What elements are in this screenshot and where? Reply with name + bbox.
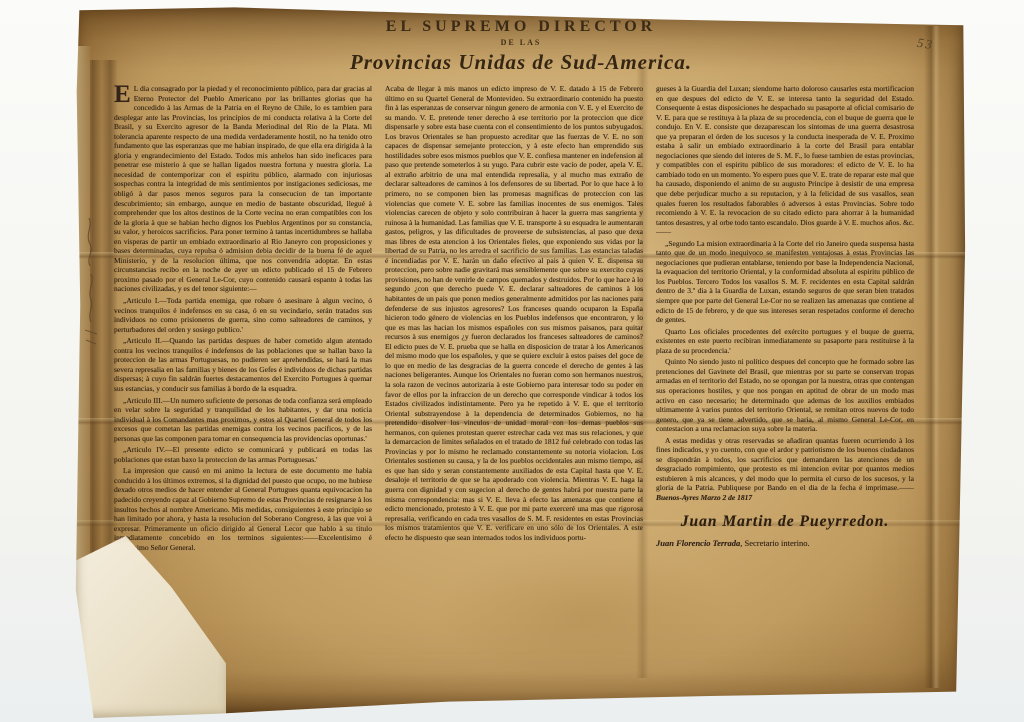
column-3: gueses à la Guardia del Luxan; siendome …: [656, 84, 914, 662]
masthead-title: EL SUPREMO DIRECTOR: [114, 18, 928, 36]
text-columns: EL dia consagrado por la piedad y el rec…: [114, 84, 928, 662]
signature-block: Juan Martin de Pueyrredon. Juan Florenci…: [656, 517, 914, 549]
secretary-name: Juan Florencio Terrada: [656, 538, 740, 548]
paragraph-letter-to-lecor: Acaba de llegar à mis manos un edicto im…: [385, 84, 643, 542]
secretary-role: , Secretario interino.: [740, 538, 809, 548]
paragraph-letter-continuation: gueses à la Guardia del Luxan; siendome …: [656, 84, 914, 237]
scan-backdrop: 53 EL SUPREMO DIRECTOR DE LAS Provincias…: [0, 0, 1024, 722]
paragraph-quinto: Quinto No siendo justo ni político despu…: [656, 357, 914, 433]
paragraph-articulo-3: „Articulo III.—Un numero suficiente de p…: [114, 396, 372, 444]
printed-content: EL SUPREMO DIRECTOR DE LAS Provincias Un…: [114, 18, 928, 662]
paragraph-closing: A estas medidas y otras reservadas se añ…: [656, 436, 914, 503]
closing-text: A estas medidas y otras reservadas se añ…: [656, 436, 914, 493]
masthead: EL SUPREMO DIRECTOR DE LAS Provincias Un…: [114, 18, 928, 75]
document-paper: 53 EL SUPREMO DIRECTOR DE LAS Provincias…: [74, 6, 966, 718]
paragraph-segundo-tercero: „Segundo La mision extraordinaria à la C…: [656, 239, 914, 325]
signature-name: Juan Martin de Pueyrredon.: [656, 517, 914, 527]
masthead-subtitle: DE LAS: [114, 38, 928, 47]
paragraph-articulo-4: „Articulo IV.—El presente edicto se comu…: [114, 445, 372, 464]
secretary-line: Juan Florencio Terrada, Secretario inter…: [656, 539, 914, 549]
dateline: Buenos-Ayres Marzo 2 de 1817: [656, 493, 752, 502]
paragraph-quarto: Quarto Los oficiales procedentes del exé…: [656, 327, 914, 356]
paragraph-opening: EL dia consagrado por la piedad y el rec…: [114, 84, 372, 294]
paragraph-impression: La impresion que causó en mi animo la le…: [114, 466, 372, 552]
column-2: Acaba de llegar à mis manos un edicto im…: [385, 84, 643, 662]
paragraph-articulo-2: „Articulo II.—Quando las partidas despue…: [114, 336, 372, 393]
handwritten-margin-marks: [81, 214, 103, 354]
paragraph-articulo-1: „Articulo I.—Toda partida enemiga, que r…: [114, 296, 372, 334]
masthead-provinces-title: Provincias Unidas de Sud-America.: [114, 50, 928, 75]
